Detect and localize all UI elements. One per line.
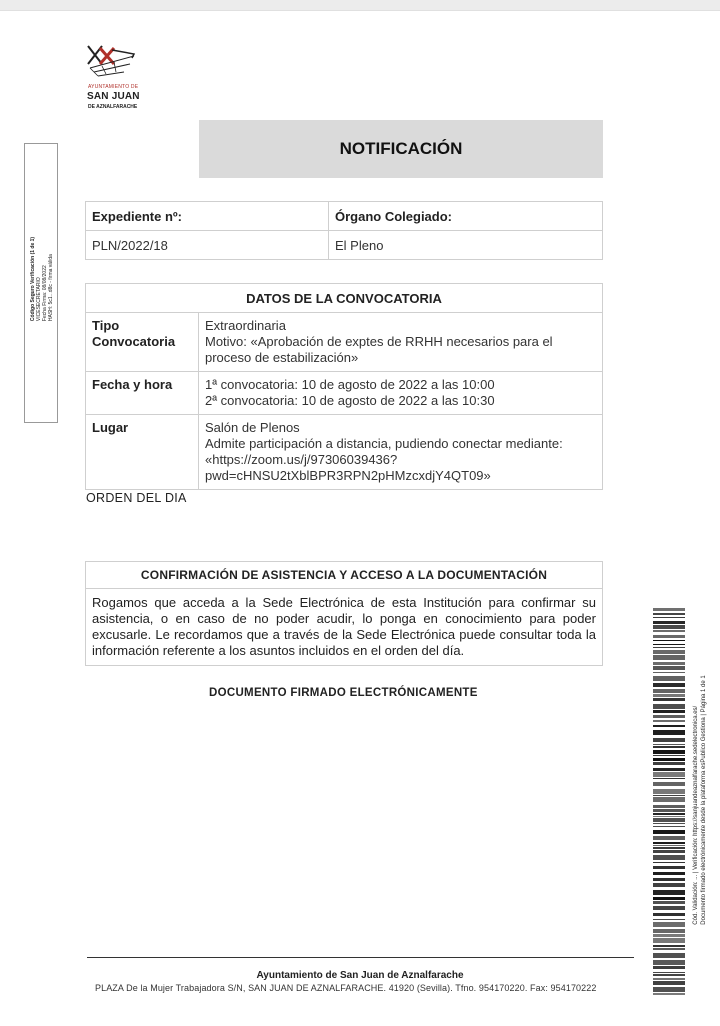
row-line: 1ª convocatoria: 10 de agosto de 2022 a … bbox=[205, 377, 596, 393]
footer-address: PLAZA De la Mujer Trabajadora S/N, SAN J… bbox=[95, 983, 596, 993]
document-title: NOTIFICACIÓN bbox=[199, 120, 603, 178]
row-line: Admite participación a distancia, pudien… bbox=[205, 436, 596, 452]
convocatoria-header: DATOS DE LA CONVOCATORIA bbox=[86, 284, 603, 313]
table-row: Lugar Salón de Plenos Admite participaci… bbox=[86, 415, 603, 490]
municipality-logo: AYUNTAMIENTO DE SAN JUAN DE AZNALFARACHE bbox=[84, 42, 154, 116]
expediente-value: PLN/2022/18 bbox=[86, 231, 329, 260]
row-line: 2ª convocatoria: 10 de agosto de 2022 a … bbox=[205, 393, 596, 409]
barcode-icon bbox=[653, 608, 685, 998]
signed-notice: DOCUMENTO FIRMADO ELECTRÓNICAMENTE bbox=[209, 687, 478, 699]
side-verification-line2: Documento firmado electrónicamente desde… bbox=[700, 675, 708, 924]
footer-institution: Ayuntamiento de San Juan de Aznalfarache bbox=[0, 970, 720, 981]
table-row: Tipo Convocatoria Extraordinaria Motivo:… bbox=[86, 313, 603, 372]
meeting-link-password[interactable]: pwd=cHNSU2tXblBPR3RPN2pHMzcxdjY4QT09» bbox=[205, 468, 596, 484]
confirmacion-header: CONFIRMACIÓN DE ASISTENCIA Y ACCESO A LA… bbox=[86, 562, 603, 589]
confirmacion-body: Rogamos que acceda a la Sede Electrónica… bbox=[86, 589, 603, 666]
viewer-top-bar bbox=[0, 0, 720, 11]
logo-text-line2: SAN JUAN bbox=[87, 91, 140, 102]
convocatoria-table: DATOS DE LA CONVOCATORIA Tipo Convocator… bbox=[85, 283, 603, 490]
organo-label: Órgano Colegiado: bbox=[329, 202, 603, 231]
row-label: Fecha y hora bbox=[86, 372, 199, 415]
signature-stamp: Código Seguro Verificación (1 de 1) VICE… bbox=[24, 143, 58, 423]
row-label: Tipo Convocatoria bbox=[86, 313, 199, 372]
footer-divider bbox=[87, 957, 634, 958]
side-verification-line1: Cód. Validación: ... | Verificación: htt… bbox=[692, 675, 700, 924]
table-row: Fecha y hora 1ª convocatoria: 10 de agos… bbox=[86, 372, 603, 415]
row-line: Salón de Plenos bbox=[205, 420, 596, 436]
logo-text-line1: AYUNTAMIENTO DE bbox=[88, 84, 138, 90]
expediente-table: Expediente nº: Órgano Colegiado: PLN/202… bbox=[85, 201, 603, 260]
row-line: Motivo: «Aprobación de exptes de RRHH ne… bbox=[205, 334, 596, 366]
logo-text-line3: DE AZNALFARACHE bbox=[88, 104, 137, 110]
meeting-link[interactable]: «https://zoom.us/j/97306039436? bbox=[205, 452, 596, 468]
side-verification-text: Cód. Validación: ... | Verificación: htt… bbox=[692, 675, 708, 924]
stamp-line: HASH: 5c1...d8c - firma válida bbox=[48, 237, 54, 321]
row-line: Extraordinaria bbox=[205, 318, 596, 334]
organo-value: El Pleno bbox=[329, 231, 603, 260]
confirmacion-table: CONFIRMACIÓN DE ASISTENCIA Y ACCESO A LA… bbox=[85, 561, 603, 666]
expediente-label: Expediente nº: bbox=[86, 202, 329, 231]
row-label: Lugar bbox=[86, 415, 199, 490]
orden-del-dia-heading: ORDEN DEL DIA bbox=[86, 491, 187, 505]
logo-emblem-icon bbox=[84, 42, 140, 82]
